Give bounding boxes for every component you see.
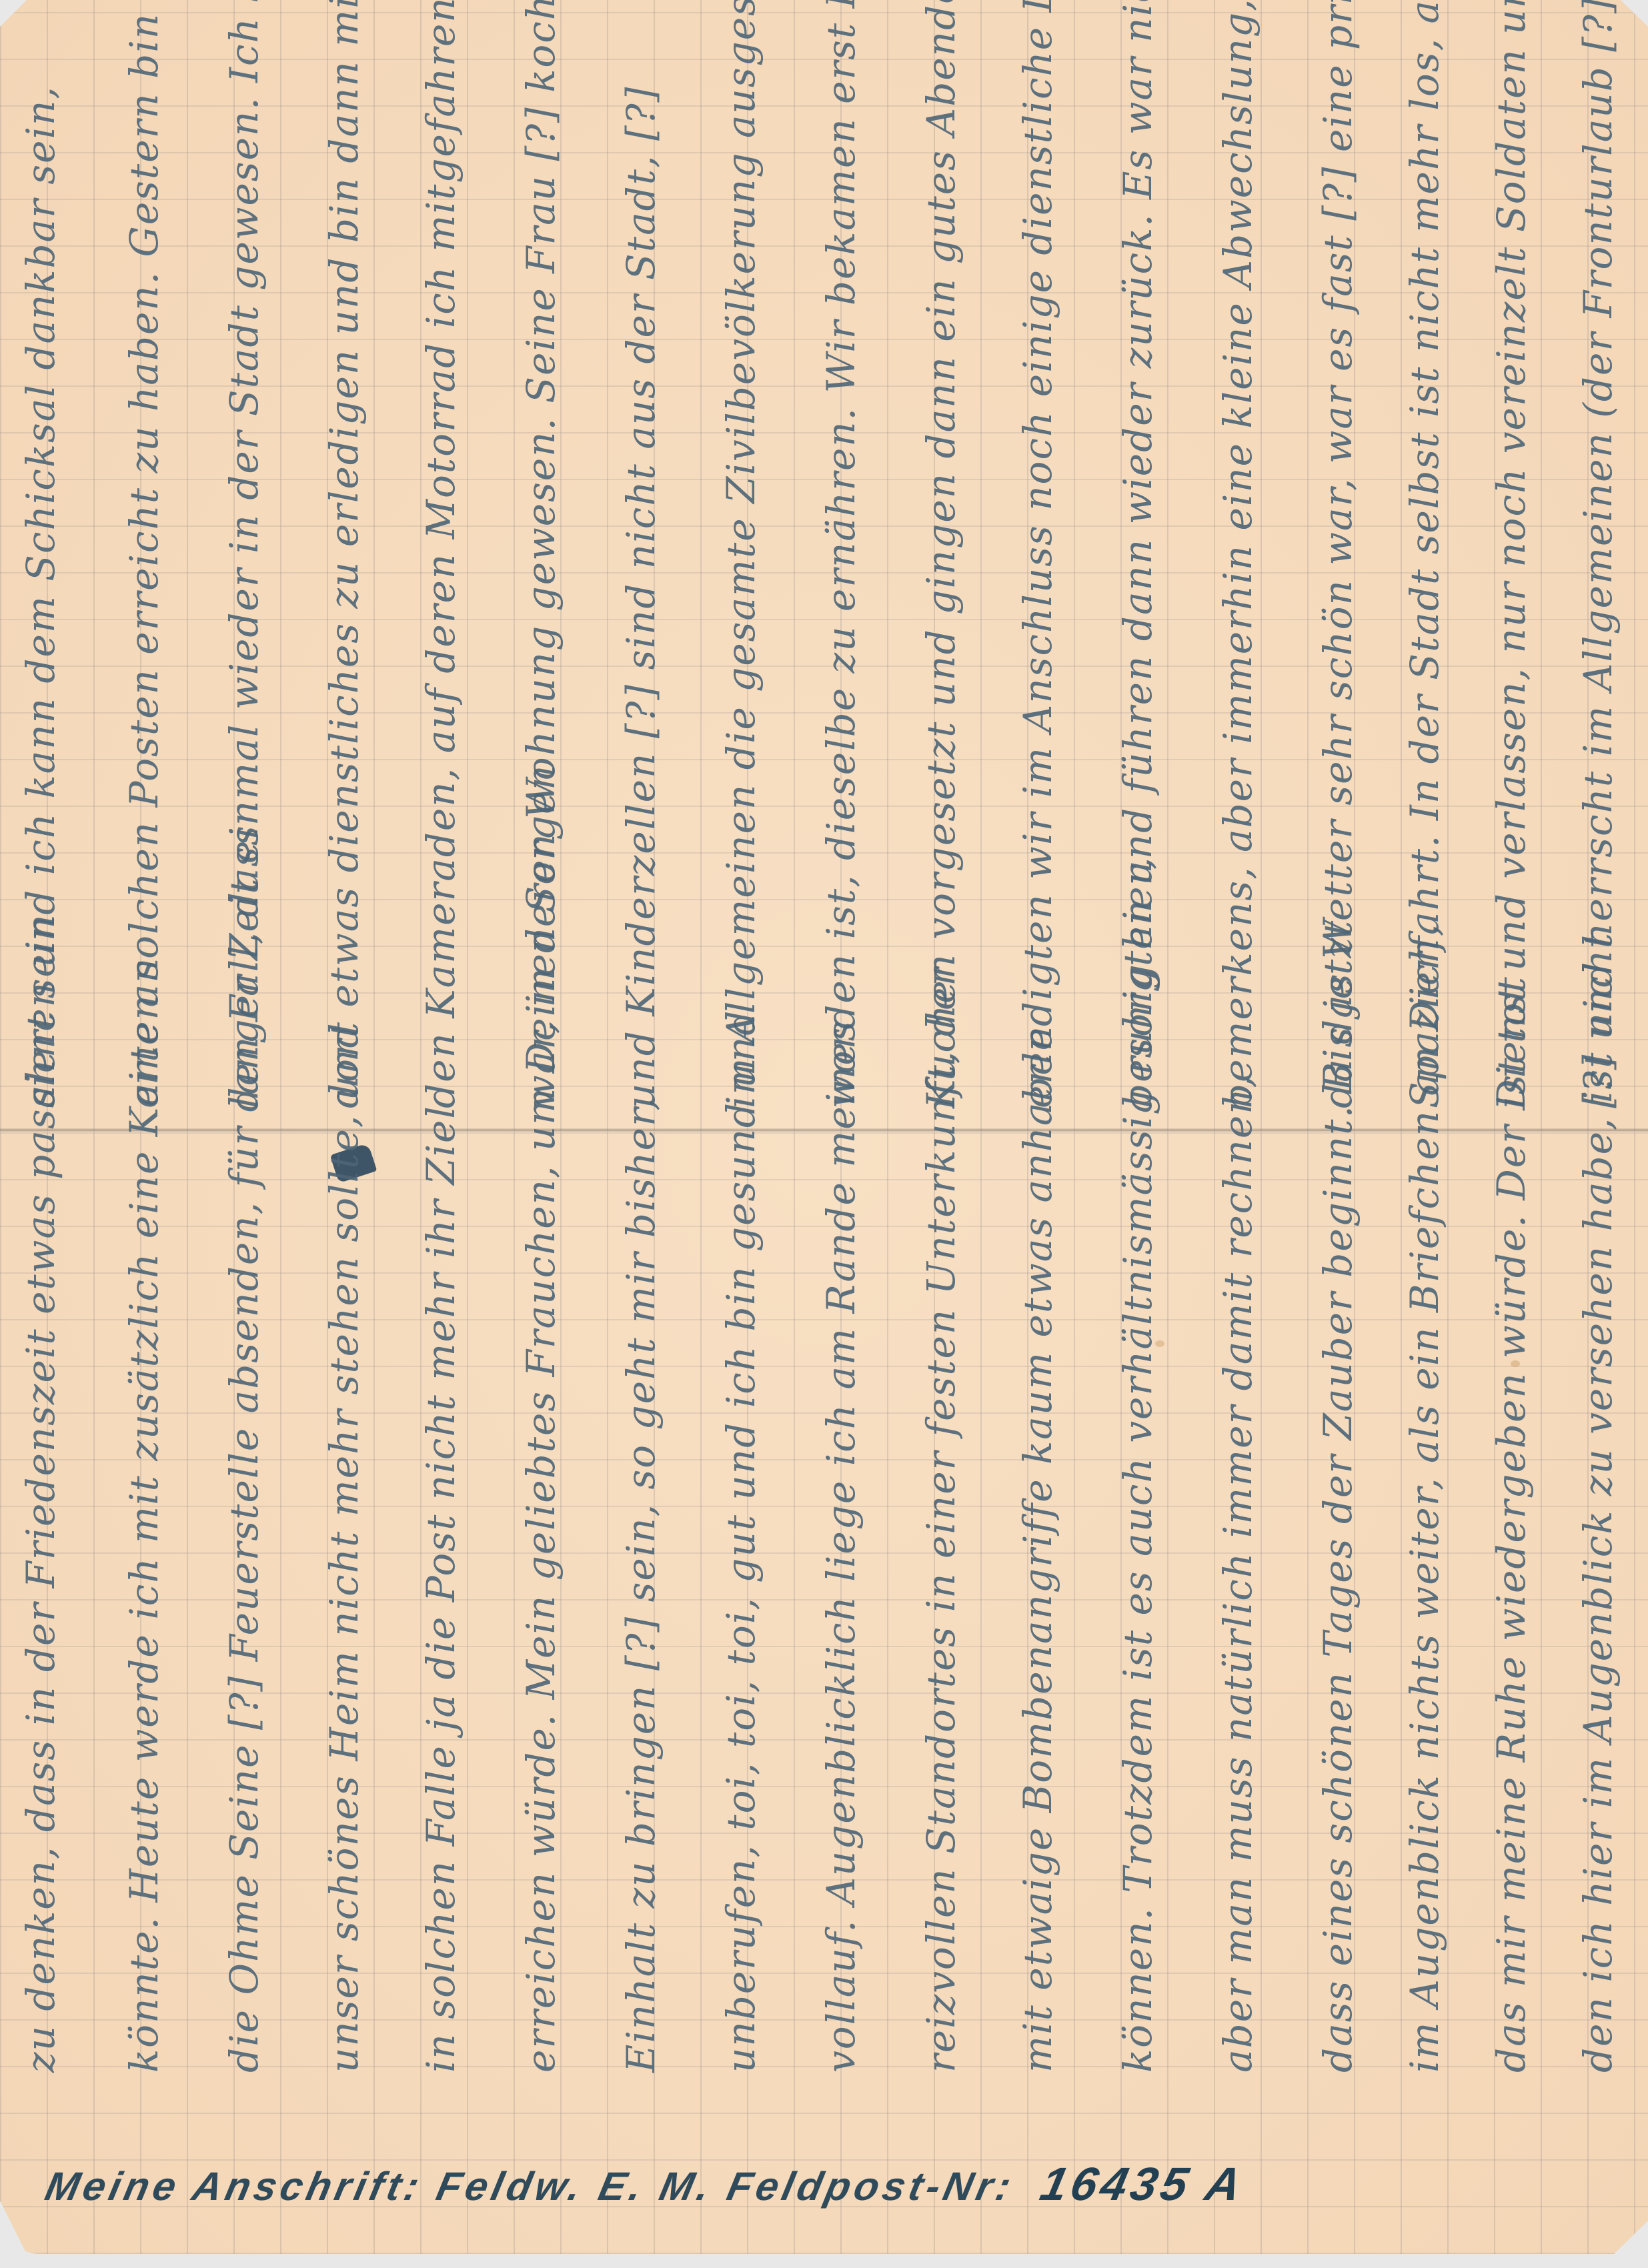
- paper-stain: [1511, 1360, 1520, 1367]
- text-line: zu denken, dass in der Friedenszeit etwa…: [18, 913, 63, 2073]
- text-line: im Allgemeinen die gesamte Zivilbevölker…: [718, 0, 764, 1108]
- text-line: im Augenblick nichts weiter, als ein Bri…: [1402, 923, 1447, 2073]
- sender-address: Meine Anschrift: Feldw. E. M. Feldpost-N…: [41, 2157, 1250, 2211]
- text-line: vollauf. Augenblicklich liege ich am Ran…: [818, 1020, 864, 2073]
- text-line: unberufen, toi, toi, toi, gut und ich bi…: [718, 1010, 764, 2073]
- text-line: Einhalt zu bringen [?] sein, so geht mir…: [618, 1097, 664, 2073]
- text-line: reizvollen Standortes in einer festen Un…: [918, 966, 964, 2073]
- text-line: dort etwas dienstliches zu erledigen und…: [321, 0, 367, 1108]
- text-line: erreichen würde. Mein geliebtes Frauchen…: [518, 764, 564, 2073]
- text-line: mit etwaige Bombenangriffe kaum etwas an…: [1015, 1025, 1060, 2073]
- feldpost-number: 16435 A: [1036, 2158, 1250, 2210]
- letter-sheet: ahnen und ich kann dem Schicksal dankbar…: [0, 0, 1648, 2254]
- text-line: worden ist, dieselbe zu ernähren. Wir be…: [818, 0, 864, 1108]
- text-line: die Ohme Seine [?] Feuerstelle absenden,…: [221, 824, 267, 2073]
- text-line: den Kameraden, auf deren Motorrad ich mi…: [418, 0, 464, 1108]
- text-line: unser schönes Heim nicht mehr stehen sol…: [321, 1022, 367, 2073]
- text-line: ist tot und verlassen, nur noch vereinze…: [1489, 0, 1534, 1108]
- text-line: dass eines schönen Tages der Zauber begi…: [1315, 920, 1361, 2073]
- paper-stain: [1155, 1340, 1164, 1347]
- text-line: bemerkens, aber immerhin eine kleine Abw…: [1215, 0, 1261, 1108]
- text-line: in solchen Falle ja die Post nicht mehr …: [418, 1105, 464, 2073]
- text-line: können. Trotzdem ist es auch verhältnism…: [1115, 856, 1160, 2073]
- text-line: einen solchen Posten erreicht zu haben. …: [121, 0, 167, 1108]
- text-line: aber man muss natürlich immer damit rech…: [1215, 1074, 1261, 2073]
- text-line: Kuchen vorgesetzt und gingen dann ein gu…: [918, 0, 964, 1108]
- address-label: Meine Anschrift: Feldw. E. M. Feldpost-N…: [41, 2164, 1018, 2209]
- text-line: könnte. Heute werde ich mit zusätzlich e…: [121, 957, 167, 2073]
- text-line: und Kinderzellen [?] sind nicht aus der …: [618, 86, 664, 1108]
- text-line: das mir meine Ruhe wiedergeben würde. De…: [1489, 976, 1534, 2073]
- letter-bottom-half: zu denken, dass in der Friedenszeit etwa…: [0, 1132, 1648, 2099]
- text-line: erledigten wir im Anschluss noch einige …: [1015, 0, 1060, 1108]
- text-line: den ich hier im Augenblick zu versehen h…: [1575, 932, 1621, 2073]
